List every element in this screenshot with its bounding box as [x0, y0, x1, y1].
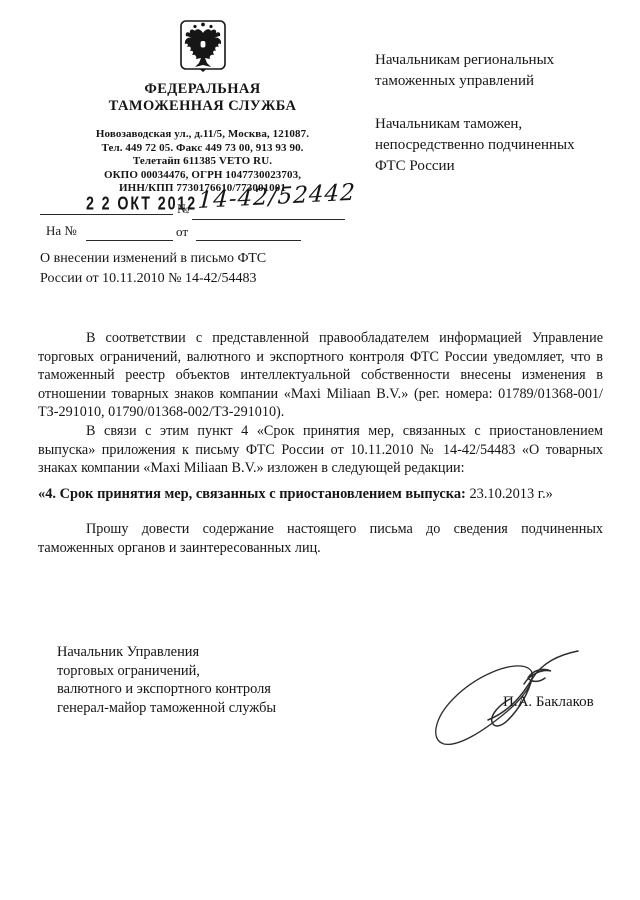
body-paragraph-1: В соответствии с представленной правообл… [38, 329, 603, 422]
letterhead: ФЕДЕРАЛЬНАЯ ТАМОЖЕННАЯ СЛУЖБА Новозаводс… [40, 20, 365, 196]
closing-paragraph: Прошу довести содержание настоящего пись… [38, 520, 603, 557]
org-name-line1: ФЕДЕРАЛЬНАЯ [40, 81, 365, 98]
recipient-line: Начальникам таможен, [375, 114, 605, 135]
recipient-group-2: Начальникам таможен, непосредственно под… [375, 114, 605, 177]
recipient-line: ФТС России [375, 156, 605, 177]
recipient-group-1: Начальникам региональных таможенных упра… [375, 50, 605, 92]
reference-number-label: На № [46, 223, 77, 239]
number-sign-label: № [177, 201, 189, 217]
subject-line: О внесении изменений в письмо ФТС [40, 249, 370, 269]
body-paragraph-2: В связи с этим пункт 4 «Срок принятия ме… [38, 422, 603, 478]
date-underline [40, 214, 173, 215]
signer-title-line: генерал-майор таможенной службы [57, 699, 276, 718]
recipient-line: непосредственно подчиненных [375, 135, 605, 156]
signer-title-line: Начальник Управления [57, 643, 276, 662]
recipients-block: Начальникам региональных таможенных упра… [375, 50, 605, 177]
russia-coat-of-arms-icon [180, 20, 226, 73]
org-name-line2: ТАМОЖЕННАЯ СЛУЖБА [40, 98, 365, 115]
outgoing-number-underline [192, 219, 345, 220]
document-page: ФЕДЕРАЛЬНАЯ ТАМОЖЕННАЯ СЛУЖБА Новозаводс… [0, 0, 640, 900]
reference-from-label: от [176, 224, 188, 240]
address-line: Телетайп 611385 VETO RU. [40, 155, 365, 169]
address-line: ОКПО 00034476, ОГРН 1047730023703, [40, 169, 365, 183]
amended-clause-date: 23.10.2013 г.» [466, 486, 553, 502]
signer-title-block: Начальник Управления торговых ограничени… [57, 643, 276, 717]
recipient-line: таможенных управлений [375, 71, 605, 92]
subject-block: О внесении изменений в письмо ФТС России… [40, 249, 370, 288]
signer-title-line: торговых ограничений, [57, 662, 276, 681]
subject-line: России от 10.11.2010 № 14-42/54483 [40, 269, 370, 289]
amended-clause-line: «4. Срок принятия мер, связанных с приос… [38, 485, 603, 504]
amended-clause-bold: «4. Срок принятия мер, связанных с приос… [38, 486, 466, 502]
address-line: Тел. 449 72 05. Факс 449 73 00, 913 93 9… [40, 142, 365, 156]
signer-name: П.А. Баклаков [503, 694, 594, 711]
letter-body: В соответствии с представленной правообл… [38, 329, 603, 558]
signer-title-line: валютного и экспортного контроля [57, 680, 276, 699]
address-line: Новозаводская ул., д.11/5, Москва, 12108… [40, 128, 365, 142]
reference-from-underline [196, 240, 301, 241]
reference-number-underline [86, 240, 173, 241]
recipient-line: Начальникам региональных [375, 50, 605, 71]
